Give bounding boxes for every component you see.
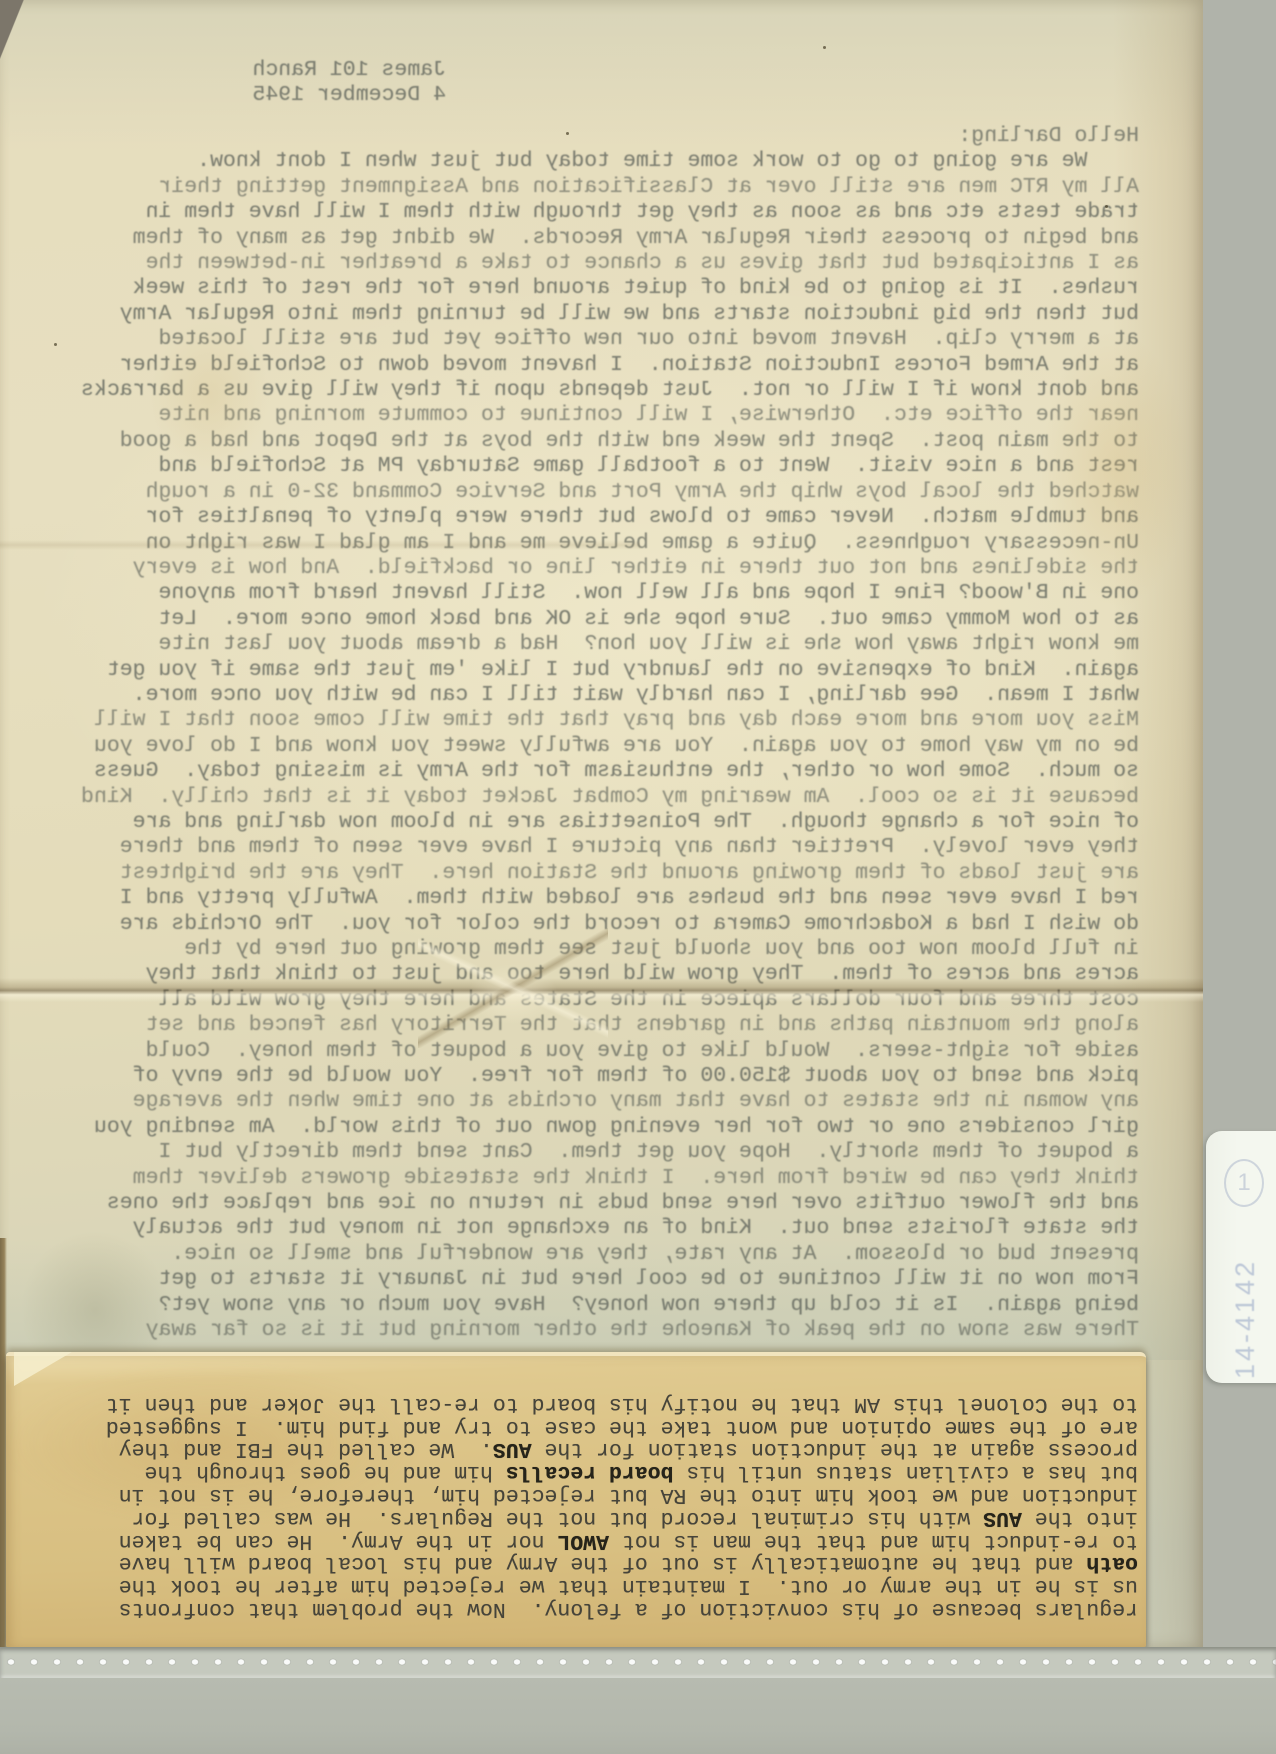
typed-line: and tumble match. Never came to blows bu… bbox=[29, 505, 1139, 530]
paper-speck bbox=[823, 46, 826, 49]
folded-flap-front: regulars because of his conviction of a … bbox=[6, 1352, 1146, 1648]
typed-line: trade tests etc and as soon as they get … bbox=[29, 200, 1139, 225]
typed-line: being again. Is it cold up there now hon… bbox=[29, 1293, 1139, 1318]
typed-line: into the AUS with his criminal record bu… bbox=[52, 1506, 1138, 1529]
typed-line: think they can be wired from here. I thi… bbox=[29, 1166, 1139, 1191]
scan-corner-shadow bbox=[0, 0, 30, 62]
fold-crease-star bbox=[418, 928, 608, 1048]
typed-line: so much. Some how or other, the enthusia… bbox=[29, 759, 1139, 784]
paper-stain bbox=[150, 320, 270, 470]
scanned-letter-page: James 101 Ranch4 December 1945 Hello Dar… bbox=[0, 0, 1276, 1754]
tab-handwritten-number: 14-4142 bbox=[1230, 1229, 1261, 1379]
typed-line: pick and send to you about $150.00 of th… bbox=[29, 1064, 1139, 1089]
typed-line: to re-induct him and that the man is not… bbox=[52, 1529, 1138, 1552]
typed-line: girl considers one or two for her evenin… bbox=[29, 1115, 1139, 1140]
typed-line: because it is so cool. Am wearing my Com… bbox=[29, 785, 1139, 810]
typed-line: of nice for a change though. The Poinset… bbox=[29, 810, 1139, 835]
typed-line: 4 December 1945 bbox=[252, 83, 446, 108]
typed-line: oath and that he automatically is out of… bbox=[52, 1552, 1138, 1575]
sleeve-embossed-edge bbox=[0, 1647, 1276, 1678]
archive-tab: 1 14-4142 bbox=[1206, 1131, 1276, 1383]
typed-line: From now on it will continue to be cool … bbox=[29, 1267, 1139, 1292]
flap-fold-corner bbox=[14, 1352, 72, 1386]
paper-speck bbox=[566, 132, 569, 135]
typed-line: as I anticipated but that gives us a cha… bbox=[29, 251, 1139, 276]
fold-crease-faint bbox=[0, 540, 640, 550]
typed-line: and the flower outfits over here send bu… bbox=[29, 1191, 1139, 1216]
typed-line: they ever lovely. Prettier than any pict… bbox=[29, 835, 1139, 860]
letter-body-text: Hello Darling: We are going to go to wor… bbox=[29, 124, 1139, 1344]
typed-line: red I have ever seen and the bushes are … bbox=[29, 886, 1139, 911]
typed-line: a boquet of them shortly. Hope you get t… bbox=[29, 1140, 1139, 1165]
typed-line: us is he in the army or out. I maintain … bbox=[52, 1574, 1138, 1597]
paper-speck bbox=[54, 343, 57, 346]
typed-line: the sidelines and not out there in eithe… bbox=[29, 556, 1139, 581]
typed-line: We are going to go to work some time tod… bbox=[29, 149, 1139, 174]
typed-line: any woman in the states to have that man… bbox=[29, 1089, 1139, 1114]
typed-line: James 101 Ranch bbox=[252, 58, 446, 83]
typed-line: to the Colonel this AM that he notify hi… bbox=[52, 1392, 1138, 1415]
typed-line: present bud or blossom. At any rate, the… bbox=[29, 1242, 1139, 1267]
typed-line: me know right away how she is will you h… bbox=[29, 632, 1139, 657]
sleeve-bottom-area bbox=[0, 1678, 1276, 1754]
typed-line: and begin to process their Regular Army … bbox=[29, 226, 1139, 251]
typed-line: are of the same opinion and wont take th… bbox=[52, 1415, 1138, 1438]
typed-line: what I mean. Gee darling, I can hardly w… bbox=[29, 683, 1139, 708]
typed-line: There was snow on the peak of Kaneohe th… bbox=[29, 1318, 1139, 1343]
typed-line: again. Kind of expensive on the laundry … bbox=[29, 658, 1139, 683]
typed-line: watched the local boys whip the Army Por… bbox=[29, 480, 1139, 505]
typed-line: are just loads of them growing around th… bbox=[29, 861, 1139, 886]
typed-line: process again at the induction station f… bbox=[52, 1438, 1138, 1461]
paper-speck bbox=[1105, 205, 1108, 208]
letter-heading: James 101 Ranch4 December 1945 bbox=[252, 58, 446, 107]
flap-rotated-text: regulars because of his conviction of a … bbox=[52, 1392, 1138, 1620]
typed-line: one in B'wood? Fine I hope and all well … bbox=[29, 581, 1139, 606]
typed-line: as to how Mommy came out. Sure hope she … bbox=[29, 607, 1139, 632]
typed-line: All my RTC men are still over at Classif… bbox=[29, 175, 1139, 200]
typed-line: the state florists send out. Kind of an … bbox=[29, 1216, 1139, 1241]
paper-stain bbox=[1040, 330, 1190, 610]
typed-line: Miss you more and more each day and pray… bbox=[29, 708, 1139, 733]
tab-circled-mark: 1 bbox=[1224, 1159, 1264, 1207]
typed-line: induction and we took him into the RA bu… bbox=[52, 1483, 1138, 1506]
typed-line: be on my way home to you again. You are … bbox=[29, 734, 1139, 759]
typed-line: rushes. It is going to be kind of quiet … bbox=[29, 276, 1139, 301]
typed-line: regulars because of his conviction of a … bbox=[52, 1597, 1138, 1620]
typed-line: Hello Darling: bbox=[29, 124, 1139, 149]
typed-line: but has a civilian status until his boar… bbox=[52, 1460, 1138, 1483]
